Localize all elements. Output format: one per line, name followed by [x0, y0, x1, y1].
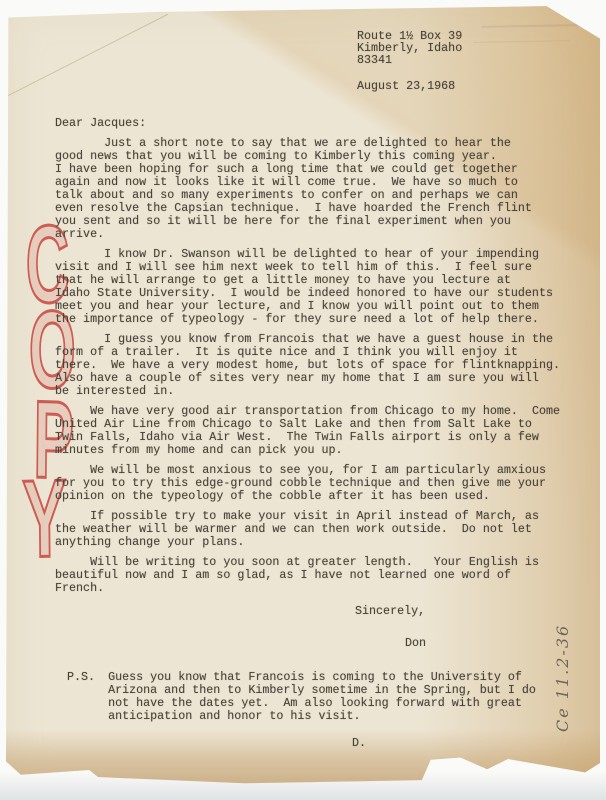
postscript-label: P.S.: [67, 671, 95, 723]
signature-initial: D.: [55, 737, 603, 750]
paragraph-2: I know Dr. Swanson will be delighted to …: [55, 248, 603, 326]
signature: Don: [55, 637, 603, 650]
postscript: P.S. Guess you know that Francois is com…: [55, 671, 603, 723]
sender-address-block: Route 1½ Box 39 Kimberly, Idaho 83341 Au…: [357, 30, 462, 92]
letter-date: August 23,1968: [357, 80, 462, 92]
paragraph-6: If possible try to make your visit in Ap…: [55, 510, 603, 549]
letter-scan: C O P Y Route 1½ Box 39 Kimberly, Idaho …: [0, 0, 606, 800]
pencil-scribble: [473, 24, 579, 43]
letter-body: Dear Jacques: Just a short note to say t…: [55, 117, 603, 750]
postscript-text: Guess you know that Francois is coming t…: [108, 671, 536, 723]
paragraph-5: We will be most anxious to see you, for …: [55, 464, 603, 503]
paragraph-7: Will be writing to you soon at greater l…: [55, 556, 603, 595]
paragraph-3: I guess you know from Francois that we h…: [55, 333, 603, 398]
paragraph-4: We have very good air transportation fro…: [55, 405, 603, 457]
archival-number-handwritten: Ce 11.2-36: [553, 592, 572, 732]
address-line-zip: 83341: [357, 54, 462, 66]
paragraph-1: Just a short note to say that we are del…: [55, 137, 603, 241]
paper-crease: [0, 14, 168, 101]
salutation: Dear Jacques:: [55, 117, 603, 130]
closing: Sincerely,: [55, 605, 603, 618]
